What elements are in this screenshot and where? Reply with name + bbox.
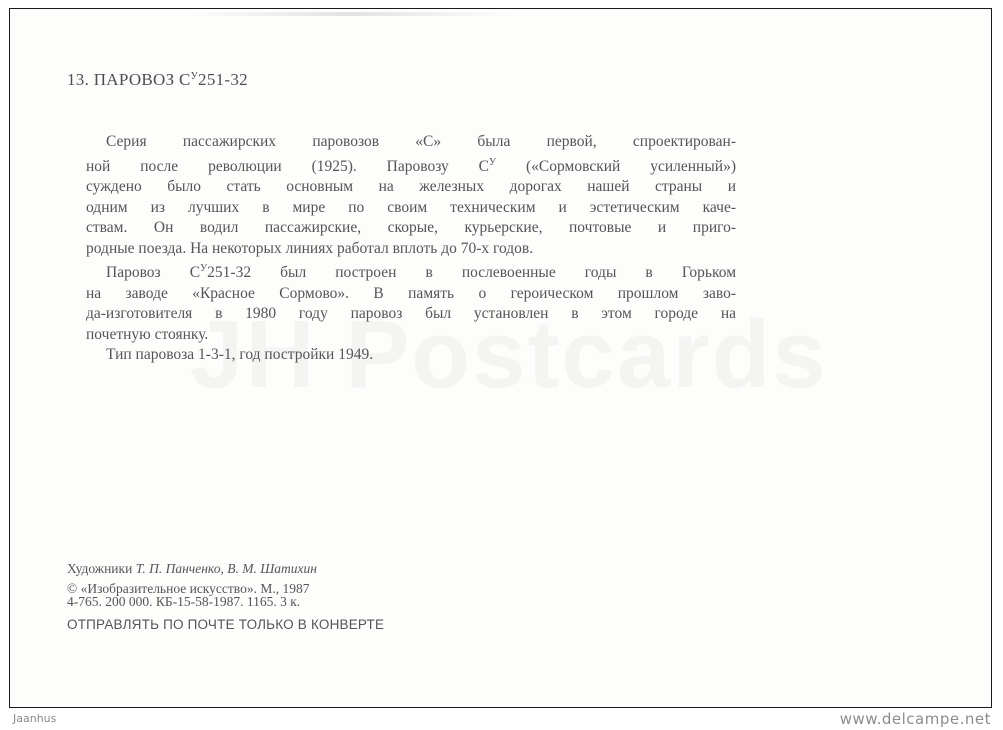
- text-line: ствам. Он водил пассажирские, скорые, ку…: [86, 218, 736, 239]
- text-line: Тип паровоза 1-3-1, год постройки 1949.: [86, 345, 736, 366]
- seller-name: Jaanhus: [13, 712, 56, 725]
- text-line: Паровоз СУ251-32 был построен в послевое…: [86, 259, 736, 284]
- publisher-credit: © «Изобразительное искусство». М., 1987: [67, 582, 384, 596]
- text-line: одним из лучших в мире по своим техничес…: [86, 198, 736, 219]
- text-line: Серия пассажирских паровозов «С» была пе…: [86, 132, 736, 153]
- site-watermark: www.delcampe.net: [840, 710, 991, 728]
- text-line: почетную стоянку.: [86, 325, 736, 346]
- text-line: да-изготовителя в 1980 году паровоз был …: [86, 304, 736, 325]
- text-line: суждено было стать основным на железных …: [86, 177, 736, 198]
- artists-credit: Художники Т. П. Панченко, В. М. Шатихин: [67, 562, 384, 576]
- text-line: родные поезда. На некоторых линиях работ…: [86, 239, 736, 260]
- mail-notice: ОТПРАВЛЯТЬ ПО ПОЧТЕ ТОЛЬКО В КОНВЕРТЕ: [67, 618, 384, 632]
- text-line: на заводе «Красное Сормово». В память о …: [86, 284, 736, 305]
- credits-block: Художники Т. П. Панченко, В. М. Шатихин …: [67, 562, 384, 631]
- description-text: Серия пассажирских паровозов «С» была пе…: [86, 132, 736, 366]
- scan-artifact: [190, 12, 510, 16]
- text-line: ной после революции (1925). Паровозу СУ …: [86, 153, 736, 178]
- print-info: 4-765. 200 000. КБ-15-58-1987. 1165. 3 к…: [67, 595, 384, 609]
- card-title: 13. ПАРОВОЗ СУ251-32: [67, 70, 248, 90]
